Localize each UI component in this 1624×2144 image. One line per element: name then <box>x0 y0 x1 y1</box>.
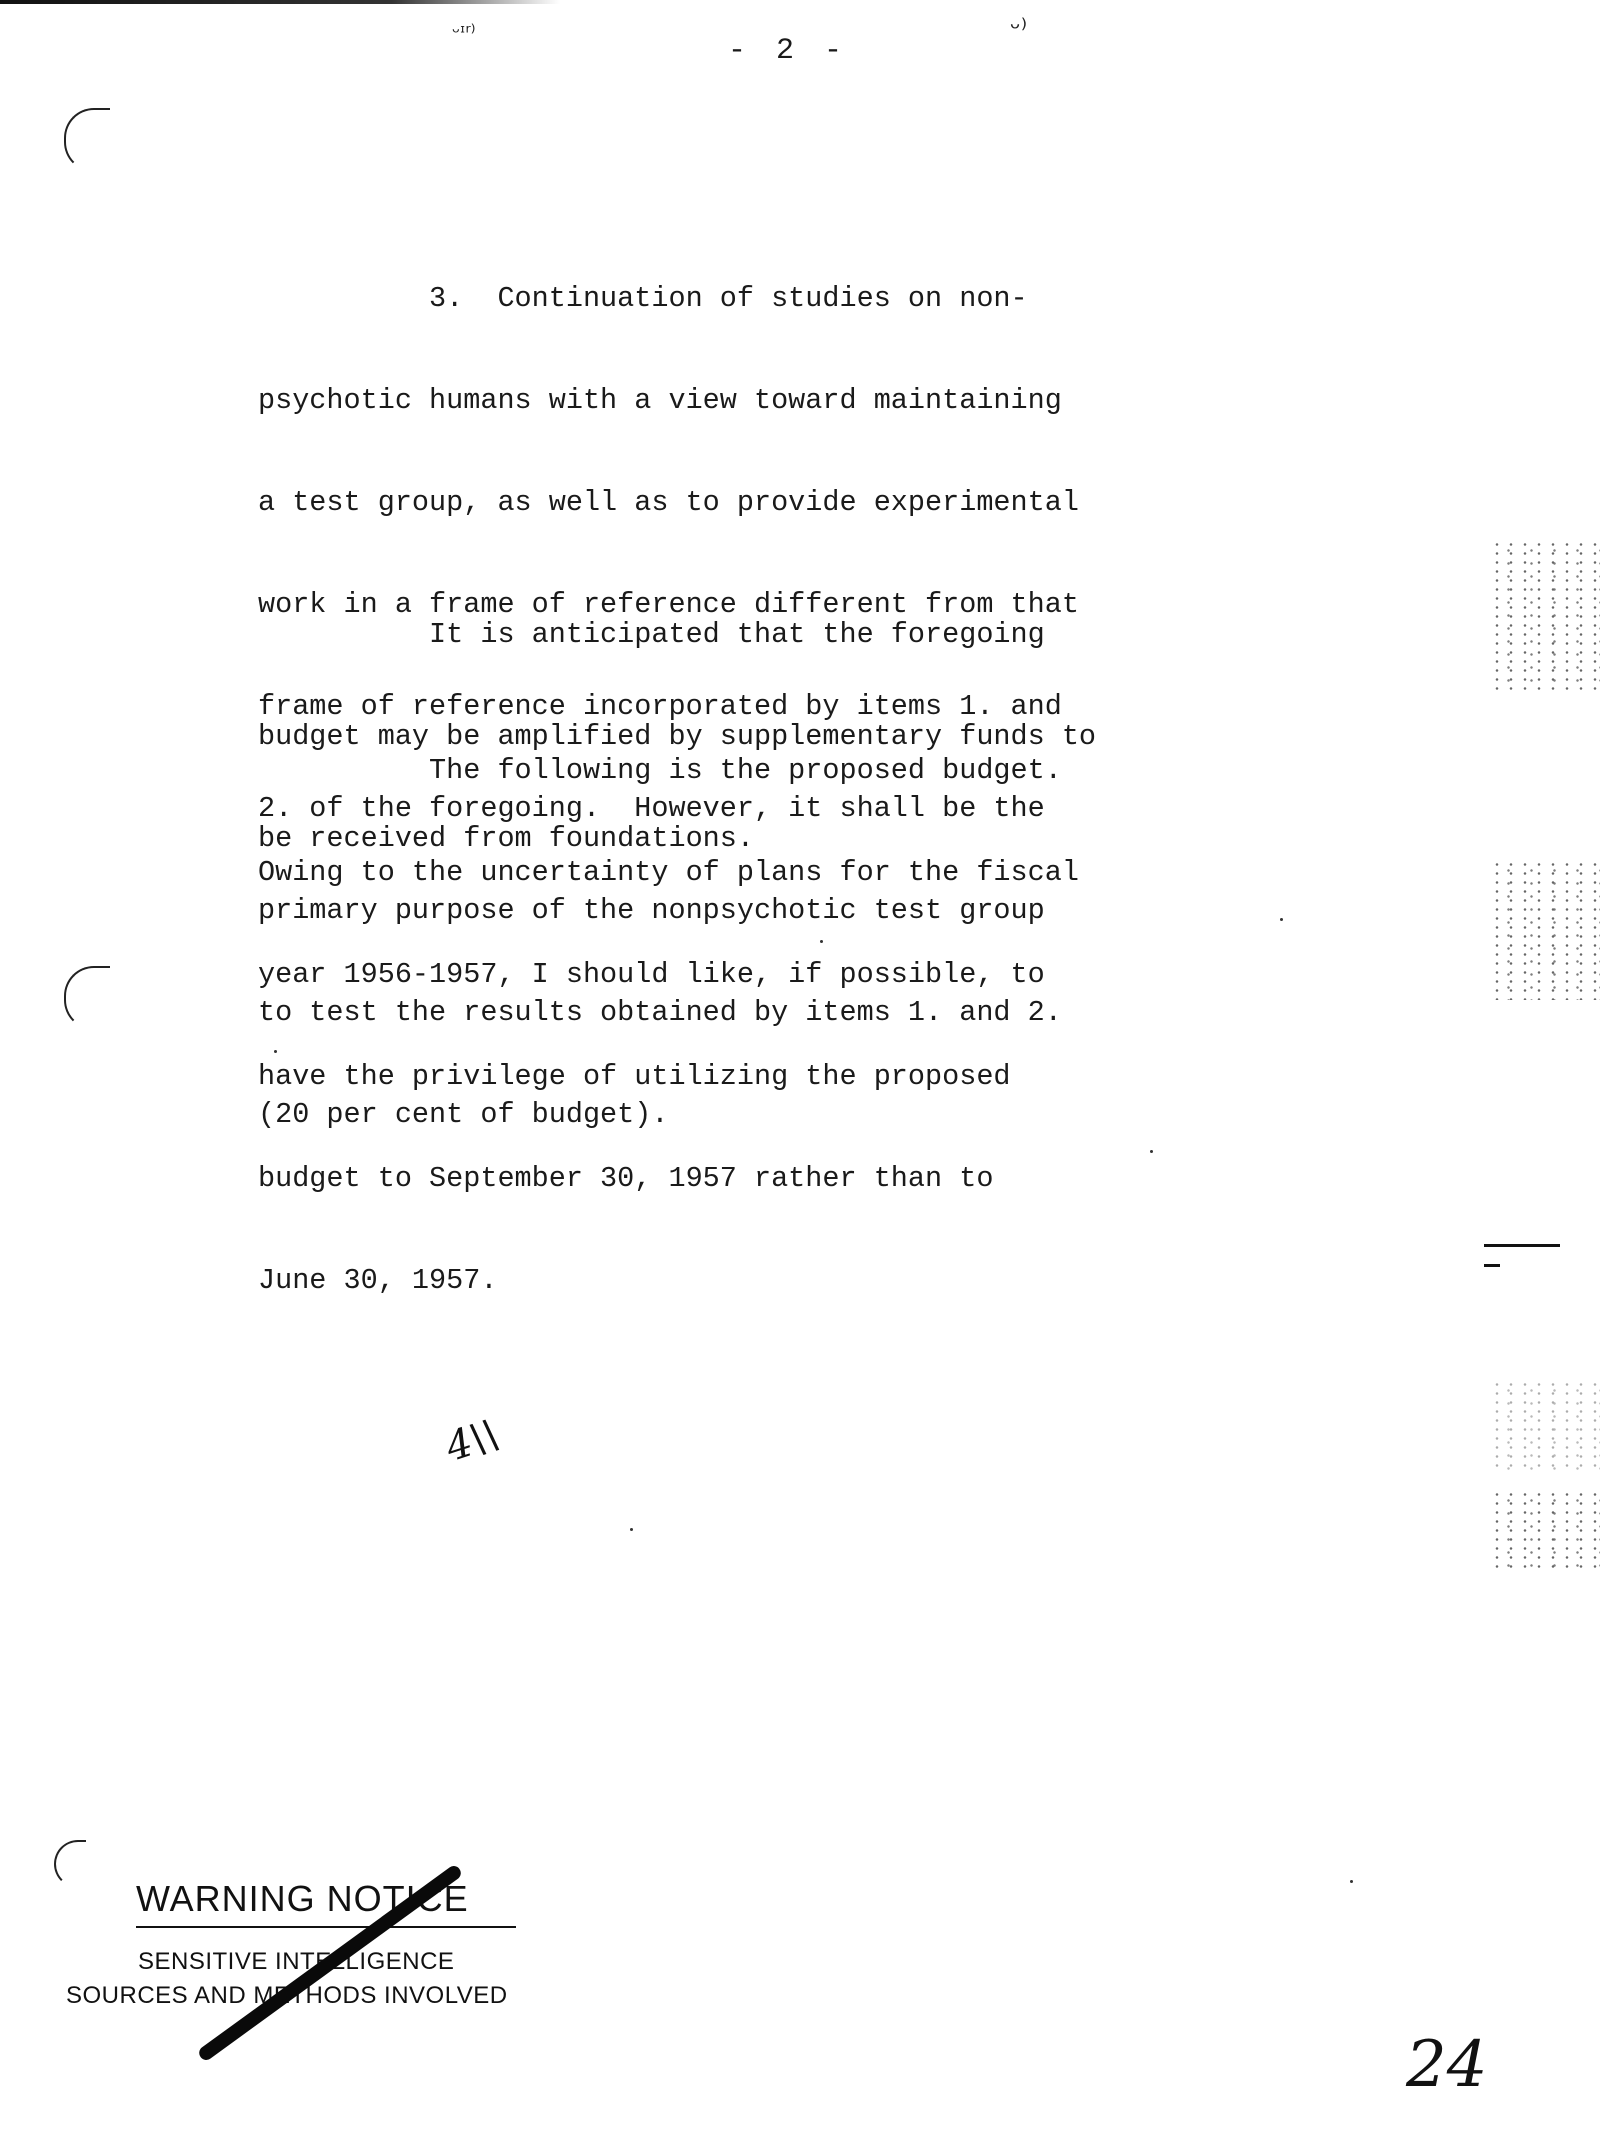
scan-speck <box>630 1528 633 1531</box>
text-line: psychotic humans with a view toward main… <box>258 384 1258 418</box>
scan-artifact-speckles <box>1490 1380 1600 1470</box>
handwritten-note: 4\\ <box>440 1411 504 1471</box>
header-scribble-left: ᵕᶦʳ⁾ <box>452 20 476 44</box>
text-line: a test group, as well as to provide expe… <box>258 486 1258 520</box>
paragraph-proposed-budget: The following is the proposed budget. Ow… <box>258 686 1258 1332</box>
punch-hole-middle <box>64 966 110 1030</box>
warning-notice-line-1: SENSITIVE INTELLIGENCE <box>138 1948 454 1976</box>
text-line: June 30, 1957. <box>258 1264 1258 1298</box>
text-line: 3. Continuation of studies on non- <box>258 282 1258 316</box>
scan-speck <box>274 1050 277 1053</box>
header-scribble-right: ᵕ⁾ <box>1010 14 1027 44</box>
scan-artifact-dash <box>1484 1244 1560 1247</box>
page-number: - 2 - <box>728 34 848 68</box>
text-line: Owing to the uncertainty of plans for th… <box>258 856 1258 890</box>
scan-speck <box>820 940 823 943</box>
handwritten-page-number: 24 <box>1406 2028 1487 2102</box>
scan-artifact-speckles <box>1490 860 1600 1000</box>
warning-notice-title: WARNING NOTICE <box>136 1878 516 1928</box>
text-line: The following is the proposed budget. <box>258 754 1258 788</box>
punch-hole-top <box>64 108 110 172</box>
scan-speck <box>1350 1880 1353 1883</box>
text-line: have the privilege of utilizing the prop… <box>258 1060 1258 1094</box>
scan-artifact-speckles <box>1490 1490 1600 1570</box>
text-line: year 1956-1957, I should like, if possib… <box>258 958 1258 992</box>
text-line: It is anticipated that the foregoing <box>258 618 1258 652</box>
scan-speck <box>1150 1150 1153 1153</box>
scan-top-edge-rule <box>0 0 560 4</box>
scan-artifact-speckles <box>1490 540 1600 690</box>
scan-artifact-dash <box>1484 1264 1500 1267</box>
scan-speck <box>1280 918 1283 921</box>
text-line: budget to September 30, 1957 rather than… <box>258 1162 1258 1196</box>
warning-notice-stamp: WARNING NOTICE SENSITIVE INTELLIGENCE SO… <box>60 1860 580 2060</box>
